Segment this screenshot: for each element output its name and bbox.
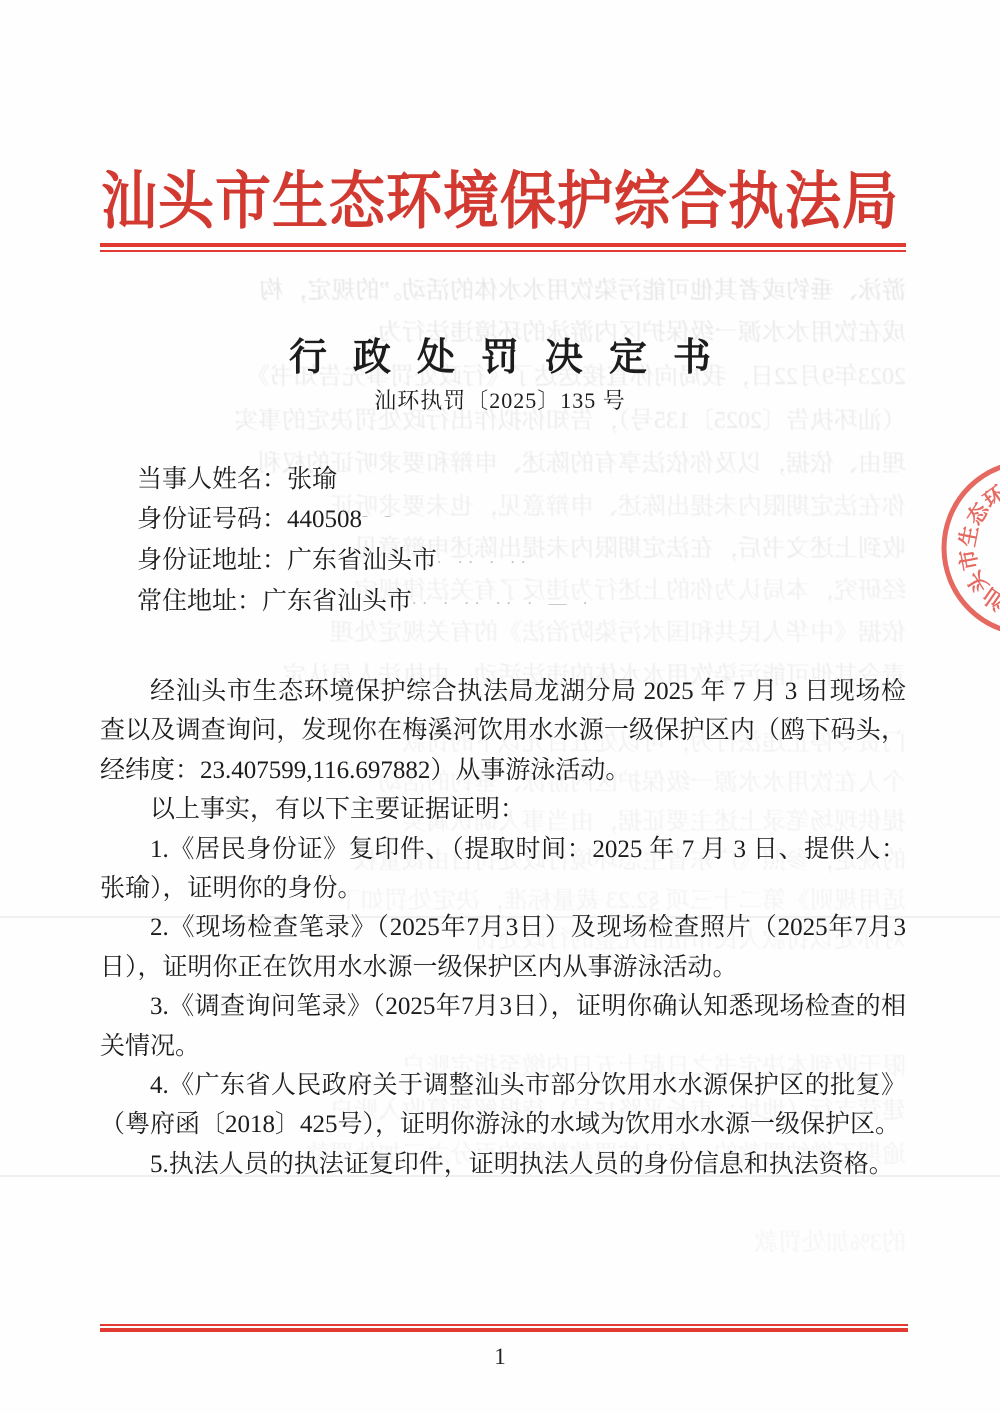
- body-paragraph: 3.《调查询问笔录》（2025年7月3日），证明你确认知悉现场检查的相关情况。: [100, 987, 906, 1066]
- official-seal: 汕头市生态环: [935, 450, 1000, 650]
- party-name-value: 张瑜: [287, 466, 337, 493]
- bleedthrough-text: 游泳、垂钓或者其他可能污染饮用水水体的活动。”的规定，构: [100, 270, 906, 305]
- document-number: 汕环执罚〔2025〕135 号: [0, 384, 1000, 415]
- document-page: 游泳、垂钓或者其他可能污染饮用水水体的活动。”的规定，构成在饮用水水源一级保护区…: [0, 0, 1000, 1414]
- party-id-address-label: 身份证地址：: [137, 547, 287, 574]
- body-paragraph: 2.《现场检查笔录》（2025年7月3日）及现场检查照片（2025年7月3日），…: [100, 908, 906, 987]
- letterhead-rule: [100, 243, 906, 252]
- body-paragraph: 以上事实，有以下主要证据证明：: [100, 790, 906, 829]
- page-number: 1: [0, 1344, 1000, 1370]
- redaction-marks: ∙∙ ∙ ∙∙ ∙∙ ∙ — ∙: [412, 593, 594, 613]
- party-id-label: 身份证号码：: [137, 506, 287, 533]
- seal-character: 市: [955, 547, 983, 572]
- party-name-line: 当事人姓名：张瑜: [137, 460, 594, 500]
- body-paragraph: 4.《广东省人民政府关于调整汕头市部分饮用水水源保护区的批复》（粤府函〔2018…: [100, 1066, 906, 1145]
- body-paragraph: 1.《居民身份证》复印件、（提取时间：2025 年 7 月 3 日、提供人：张瑜…: [100, 830, 906, 909]
- document-title: 行政处罚决定书: [13, 326, 1000, 381]
- footer-rule: [100, 1324, 908, 1332]
- bleedthrough-text: 的3%加处罚款: [100, 1222, 906, 1257]
- party-residence-line: 常住地址：广东省汕头市∙∙ ∙ ∙∙ ∙∙ ∙ — ∙: [137, 582, 594, 623]
- party-residence-value: 广东省汕头市: [262, 588, 412, 615]
- party-id-value: 440508: [287, 506, 362, 533]
- redaction-marks: ∙ ∙∙ ∙ ∙∙: [437, 552, 532, 572]
- footer-rule-thick: [100, 1328, 908, 1332]
- body-text-block: 经汕头市生态环境保护综合执法局龙湖分局 2025 年 7 月 3 日现场检查以及…: [100, 672, 906, 1184]
- party-id-address-line: 身份证地址：广东省汕头市∙ ∙∙ ∙ ∙∙: [137, 541, 594, 582]
- party-id-line: 身份证号码：440508ˉ ˉ: [137, 500, 594, 541]
- body-paragraph: 经汕头市生态环境保护综合执法局龙湖分局 2025 年 7 月 3 日现场检查以及…: [100, 672, 906, 790]
- party-info-block: 当事人姓名：张瑜 身份证号码：440508ˉ ˉ 身份证地址：广东省汕头市∙ ∙…: [137, 460, 594, 623]
- agency-letterhead: 汕头市生态环境保护综合执法局: [50, 152, 950, 242]
- party-id-address-value: 广东省汕头市: [287, 547, 437, 574]
- party-residence-label: 常住地址：: [137, 588, 262, 615]
- body-paragraph: 5.执法人员的执法证复印件，证明执法人员的身份信息和执法资格。: [100, 1145, 906, 1184]
- letterhead-rule-thin: [100, 250, 906, 252]
- party-name-label: 当事人姓名：: [137, 466, 287, 493]
- redaction-marks: ˉ ˉ: [362, 511, 397, 531]
